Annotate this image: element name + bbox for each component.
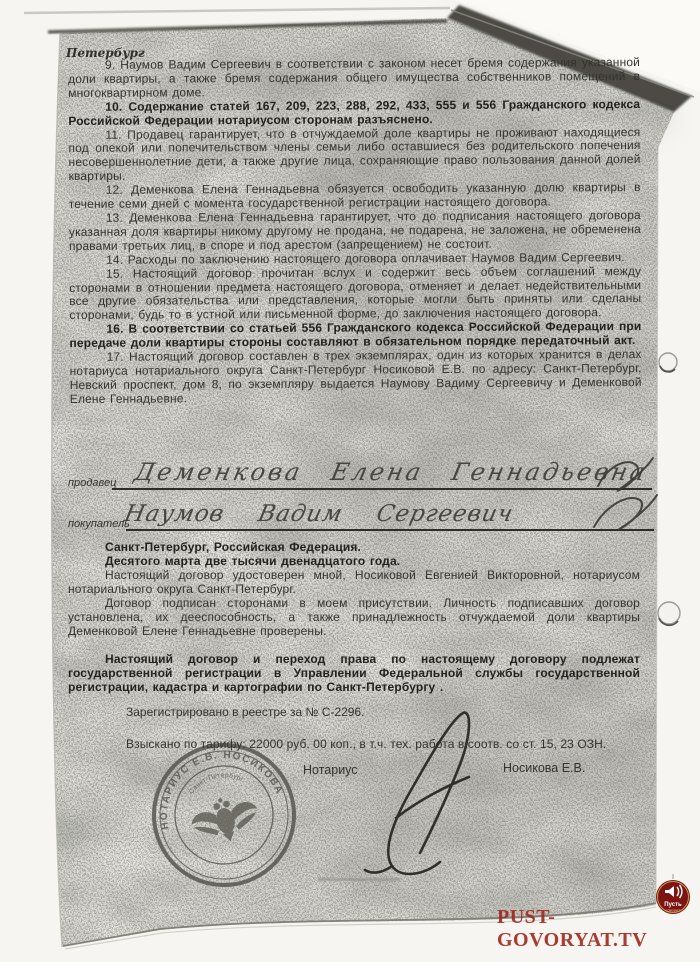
tv-show-logo: Пусть говорят xyxy=(652,874,696,922)
ink-overlay xyxy=(0,0,700,962)
logo-subtitle: говорят xyxy=(666,908,680,913)
notary-signature xyxy=(365,713,469,874)
scanned-contract-page: НОТАРИУС Е.В. НОСИКОВА Санкт-Петербург П… xyxy=(0,0,700,962)
buyer-signature-flourish xyxy=(594,495,657,530)
seller-signature-flourish xyxy=(598,458,653,491)
